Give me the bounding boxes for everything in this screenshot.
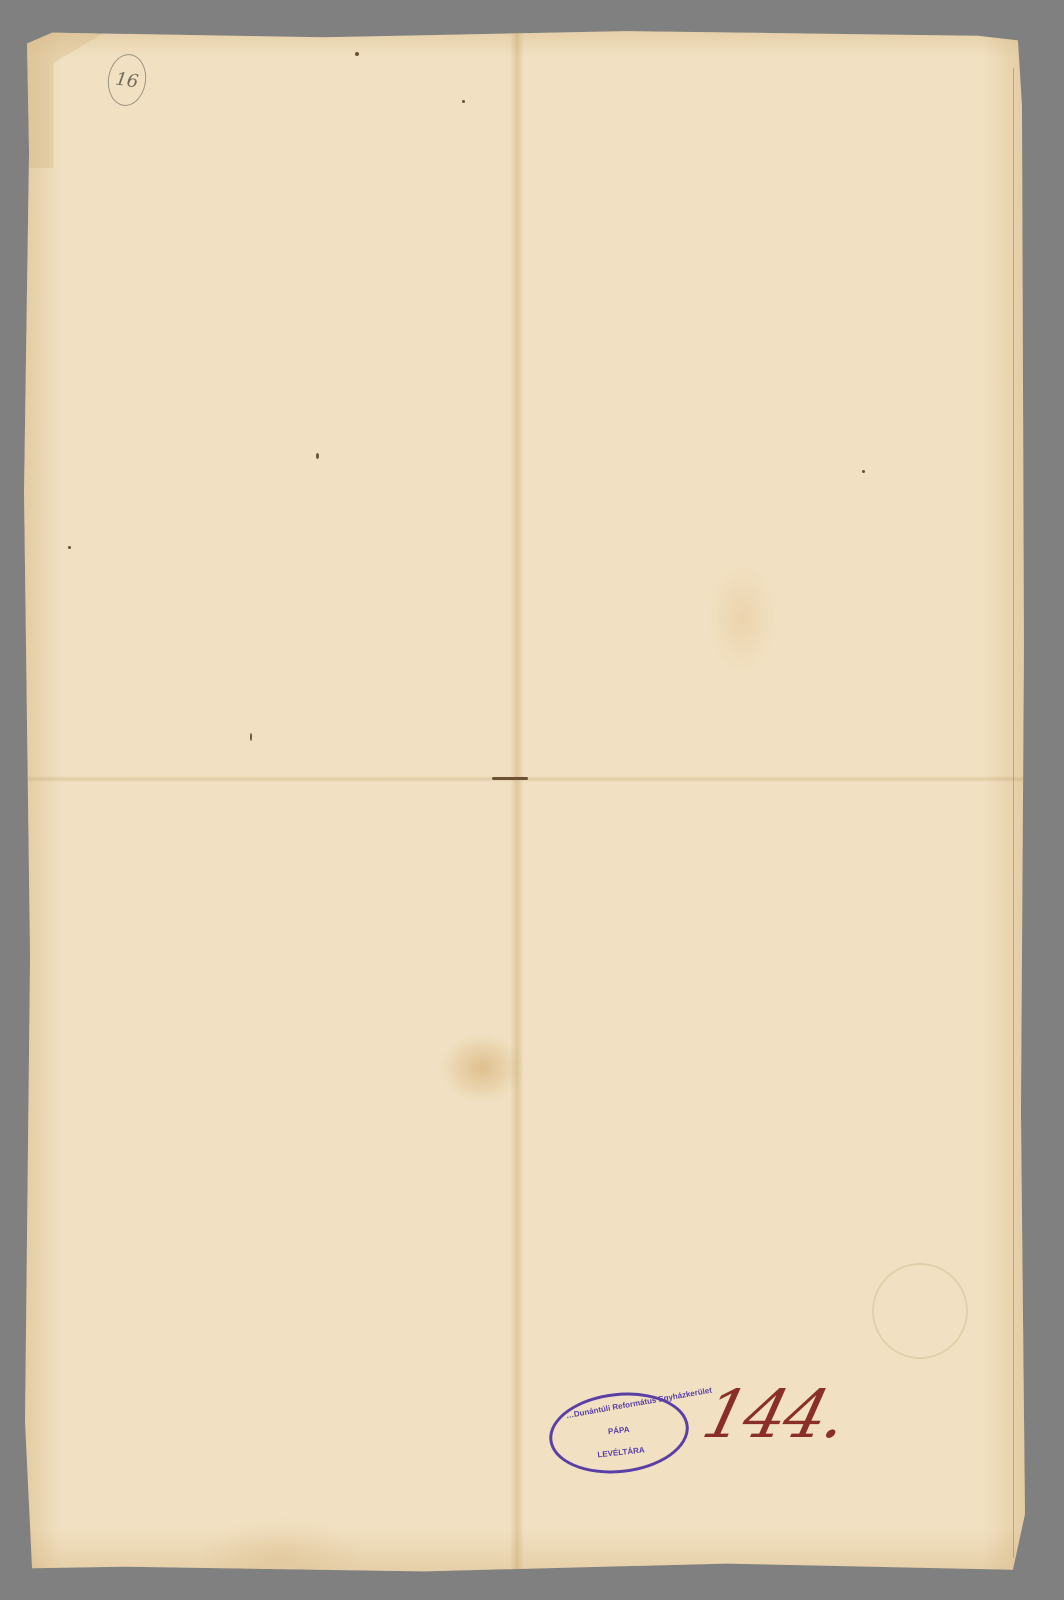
paper-corner-repair [22, 28, 112, 168]
ink-spot [68, 546, 71, 549]
ink-spot [355, 52, 359, 56]
binding-edge-line [1013, 68, 1014, 1558]
ink-spot [862, 470, 865, 473]
ink-spot [316, 453, 319, 459]
stamp-archive-text: LEVÉLTÁRA [554, 1441, 688, 1464]
ink-spot [250, 733, 252, 741]
folio-number: 16 [105, 52, 150, 109]
faint-seal-impression [872, 1263, 968, 1359]
inventory-number: 144. [695, 1376, 853, 1453]
vertical-fold-line [510, 28, 524, 1576]
document-sheet: 16 …Dunántúli Református Egyházkerület P… [22, 28, 1028, 1576]
stamp-institution-text: …Dunántúli Református Egyházkerület [565, 1392, 675, 1420]
fold-tear-mark [492, 777, 528, 780]
faint-bleed-through-writing [582, 868, 882, 978]
folio-number-text: 16 [114, 68, 140, 92]
ink-spot [462, 100, 465, 103]
stamp-city-text: PÁPA [552, 1419, 686, 1442]
archive-stamp: …Dunántúli Református Egyházkerület PÁPA… [545, 1386, 693, 1480]
